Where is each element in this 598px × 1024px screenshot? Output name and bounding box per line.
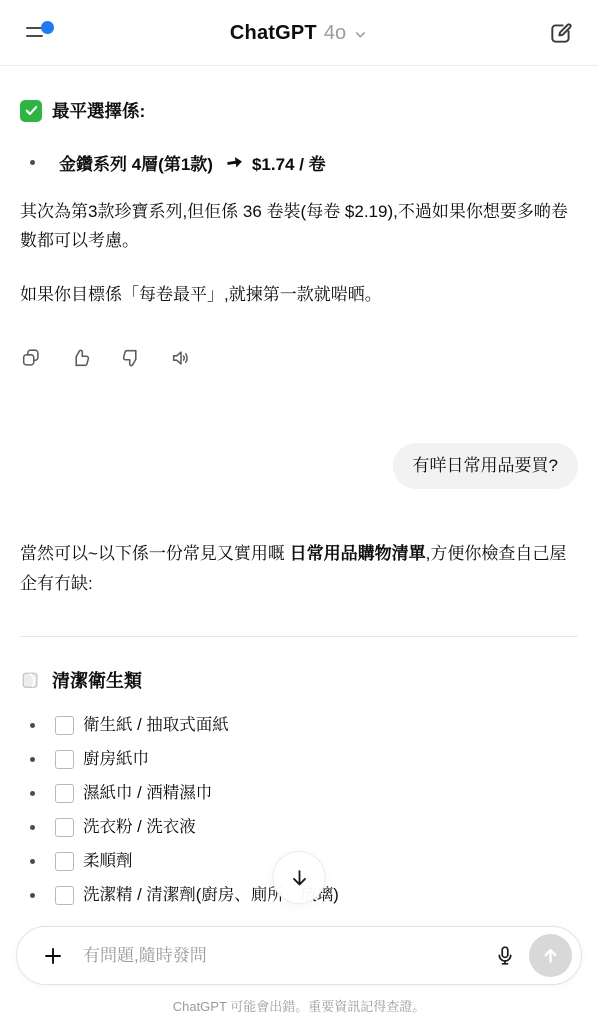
checkbox-unchecked — [55, 784, 74, 803]
section-divider — [20, 636, 578, 637]
assistant-message-heading: 最平選擇係: — [20, 98, 578, 123]
checkbox-unchecked — [55, 716, 74, 735]
checkbox-unchecked — [55, 750, 74, 769]
bullet-dot — [30, 160, 35, 165]
copy-icon[interactable] — [20, 347, 42, 369]
bold-arrow-icon — [224, 152, 245, 173]
list-item: 衛生紙 / 抽取式面紙 — [20, 715, 578, 736]
list-item: 濕紙巾 / 酒精濕巾 — [20, 783, 578, 804]
item-label: 洗衣粉 / 洗衣液 — [83, 817, 196, 838]
user-message-row: 有咩日常用品要買? — [20, 443, 578, 489]
bullet-item-cheapest: 金鑽系列 4層(第1款) $1.74 / 卷 — [20, 150, 578, 175]
user-message-bubble: 有咩日常用品要買? — [393, 443, 578, 489]
assistant-paragraph-2: 如果你目標係「每卷最平」,就揀第一款就啱晒。 — [20, 281, 578, 310]
model-name: 4o — [324, 22, 346, 45]
list-item: 洗衣粉 / 洗衣液 — [20, 817, 578, 838]
section-heading: 清潔衛生類 — [20, 667, 578, 693]
shopping-checklist: 衛生紙 / 抽取式面紙 廚房紙巾 濕紙巾 / 酒精濕巾 洗衣粉 / 洗衣液 柔順 — [20, 715, 578, 940]
sidebar-menu-icon[interactable] — [24, 20, 54, 46]
checkbox-unchecked — [55, 886, 74, 905]
chevron-down-icon — [353, 27, 368, 42]
product-price: $1.74 / 卷 — [252, 150, 326, 175]
composer-pill — [16, 926, 582, 985]
checkbox-unchecked — [55, 852, 74, 871]
section-title-text: 清潔衛生類 — [52, 667, 142, 693]
bullet-dot — [30, 791, 35, 796]
thumbs-up-icon[interactable] — [70, 347, 92, 369]
assistant-message-2: 當然可以~以下係一份常見又實用嘅 日常用品購物清單,方便你檢查自己屋企有冇缺: — [20, 539, 578, 600]
toilet-paper-roll-emoji — [20, 669, 42, 691]
heading-text: 最平選擇係: — [52, 98, 145, 123]
bullet-dot — [30, 893, 35, 898]
product-name: 金鑽系列 4層(第1款) — [59, 150, 213, 175]
up-arrow-icon — [540, 945, 561, 966]
a2-bold: 日常用品購物清單 — [290, 544, 426, 563]
message-actions — [20, 347, 578, 369]
send-button[interactable] — [529, 934, 572, 977]
new-chat-icon[interactable] — [548, 20, 574, 46]
disclaimer-text: ChatGPT 可能會出錯。重要資訊記得查證。 — [16, 985, 582, 1024]
microphone-icon[interactable] — [493, 944, 517, 968]
app-title: ChatGPT — [230, 22, 317, 45]
bullet-dot — [30, 859, 35, 864]
top-bar: ChatGPT 4o — [0, 0, 598, 66]
checkbox-unchecked — [55, 818, 74, 837]
assistant-paragraph-1: 其次為第3款珍寶系列,但佢係 36 卷裝(每卷 $2.19),不過如果你想要多啲… — [20, 198, 578, 255]
item-label: 廚房紙巾 — [83, 749, 149, 770]
down-arrow-icon — [288, 867, 310, 889]
scroll-to-bottom-button[interactable] — [273, 851, 326, 904]
model-selector[interactable]: ChatGPT 4o — [230, 0, 368, 66]
message-input[interactable] — [83, 946, 493, 966]
item-label: 衛生紙 / 抽取式面紙 — [83, 715, 229, 736]
read-aloud-speaker-icon[interactable] — [170, 347, 192, 369]
green-check-emoji — [20, 100, 42, 122]
notification-dot — [41, 21, 54, 34]
item-label: 濕紙巾 / 酒精濕巾 — [83, 783, 212, 804]
list-item: 廚房紙巾 — [20, 749, 578, 770]
chatgpt-mobile-screen: ChatGPT 4o 最平選擇係: 金鑽系列 4層(第1款) — [0, 0, 598, 1024]
bullet-dot — [30, 757, 35, 762]
composer-area: ChatGPT 可能會出錯。重要資訊記得查證。 — [0, 920, 598, 1024]
item-label: 柔順劑 — [83, 851, 133, 872]
bullet-dot — [30, 825, 35, 830]
thumbs-down-icon[interactable] — [120, 347, 142, 369]
attach-plus-icon[interactable] — [41, 944, 65, 968]
a2-lead: 當然可以~以下係一份常見又實用嘅 — [20, 544, 290, 563]
conversation: 最平選擇係: 金鑽系列 4層(第1款) $1.74 / 卷 其次為第3款珍寶系列… — [0, 66, 598, 952]
menu-bar — [26, 35, 43, 38]
bullet-dot — [30, 723, 35, 728]
